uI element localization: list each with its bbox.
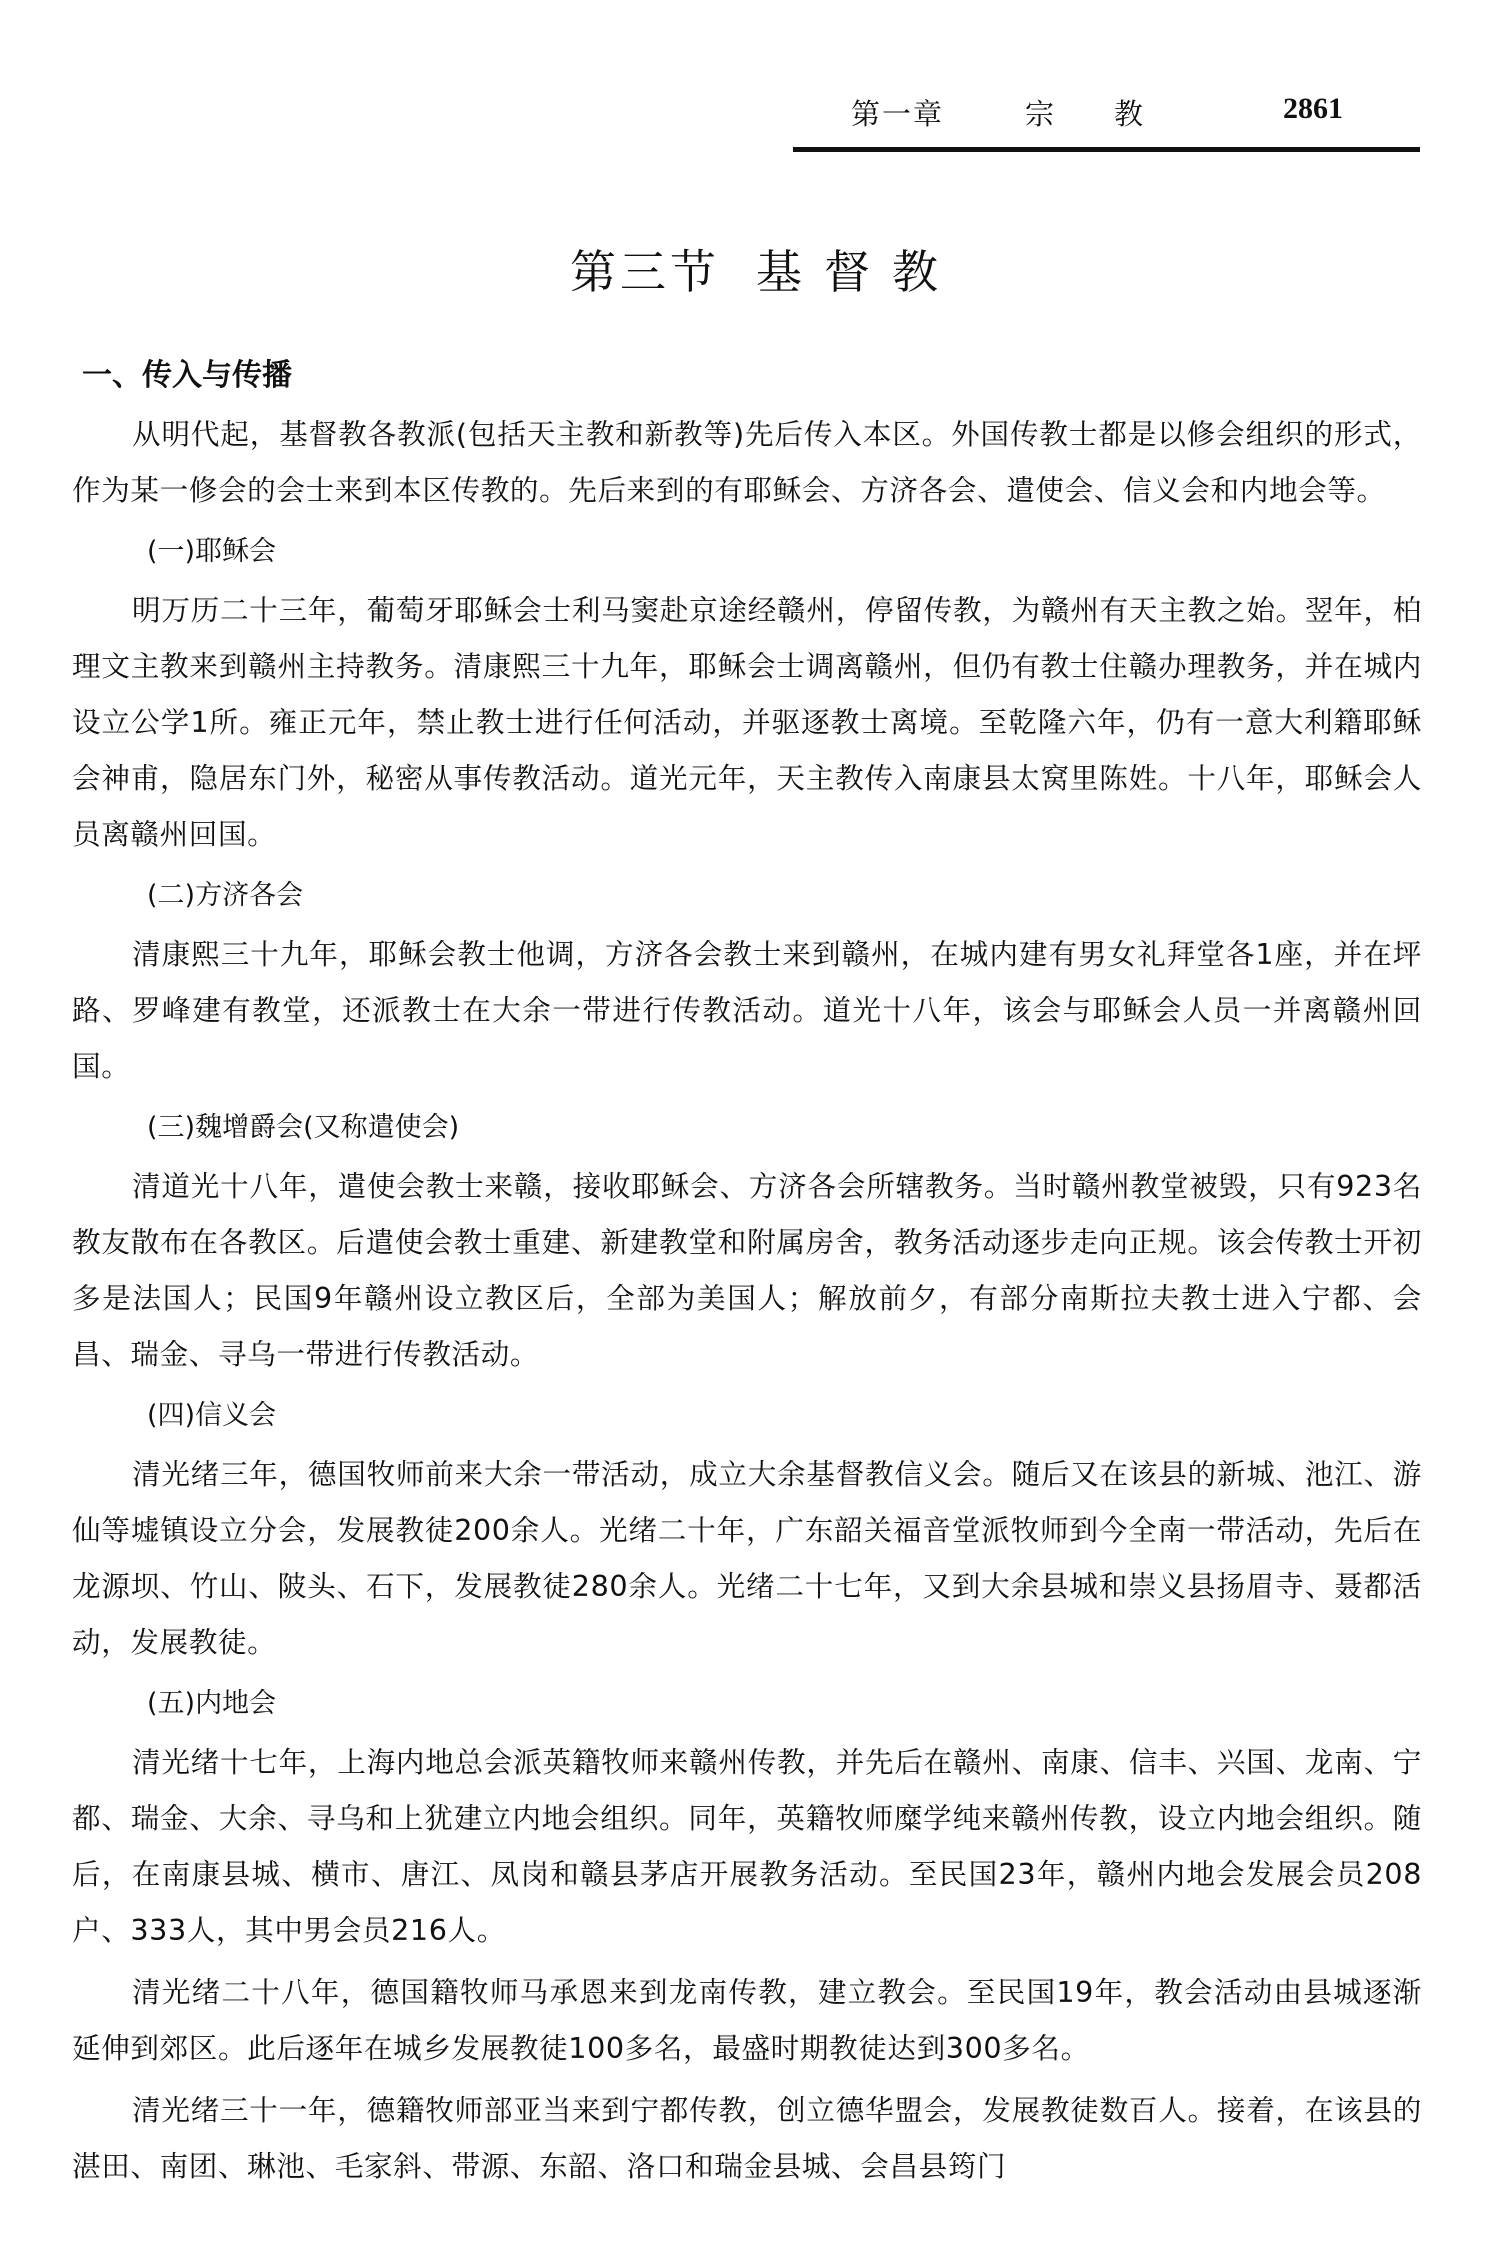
paragraph: 清光绪三十一年，德籍牧师部亚当来到宁都传教，创立德华盟会，发展教徒数百人。接着，…: [72, 2082, 1422, 2194]
paragraph: 清康熙三十九年，耶稣会教士他调，方济各会教士来到赣州，在城内建有男女礼拜堂各1座…: [72, 926, 1422, 1094]
running-header: 第一章 宗教 2861: [793, 92, 1420, 152]
paragraph: 清道光十八年，遣使会教士来赣，接收耶稣会、方济各会所辖教务。当时赣州教堂被毁，只…: [72, 1158, 1422, 1382]
page-number: 2861: [1283, 92, 1343, 126]
chapter-subject-char: 宗: [1025, 97, 1054, 131]
chapter-subject: 宗教: [1025, 92, 1203, 133]
subsection-title-inland-mission: (五)内地会: [72, 1674, 1422, 1734]
chapter-subject-char: 教: [1114, 97, 1143, 131]
intro-paragraph: 从明代起，基督教各教派(包括天主教和新教等)先后传入本区。外国传教士都是以修会组…: [72, 406, 1422, 518]
header-rule: [793, 147, 1420, 152]
subsection-title-jesuits: (一)耶稣会: [72, 522, 1422, 582]
subsection-title-lazarists: (三)魏增爵会(又称遣使会): [72, 1098, 1422, 1158]
heading-transmission: 一、传入与传播: [72, 348, 1422, 406]
section-number: 第三节: [570, 245, 720, 299]
paragraph: 清光绪十七年，上海内地总会派英籍牧师来赣州传教，并先后在赣州、南康、信丰、兴国、…: [72, 1734, 1422, 1958]
section-title: 第三节基督教: [0, 236, 1500, 302]
subsection-title-lutheran: (四)信义会: [72, 1386, 1422, 1446]
paragraph: 明万历二十三年，葡萄牙耶稣会士利马窦赴京途经赣州，停留传教，为赣州有天主教之始。…: [72, 582, 1422, 862]
paragraph: 清光绪二十八年，德国籍牧师马承恩来到龙南传教，建立教会。至民国19年，教会活动由…: [72, 1964, 1422, 2076]
subsection-title-franciscans: (二)方济各会: [72, 866, 1422, 926]
document-body: 一、传入与传播 从明代起，基督教各教派(包括天主教和新教等)先后传入本区。外国传…: [72, 348, 1422, 2198]
chapter-label: 第一章: [851, 92, 944, 133]
paragraph: 清光绪三年，德国牧师前来大余一带活动，成立大余基督教信义会。随后又在该县的新城、…: [72, 1446, 1422, 1670]
section-name: 基督教: [756, 245, 960, 299]
